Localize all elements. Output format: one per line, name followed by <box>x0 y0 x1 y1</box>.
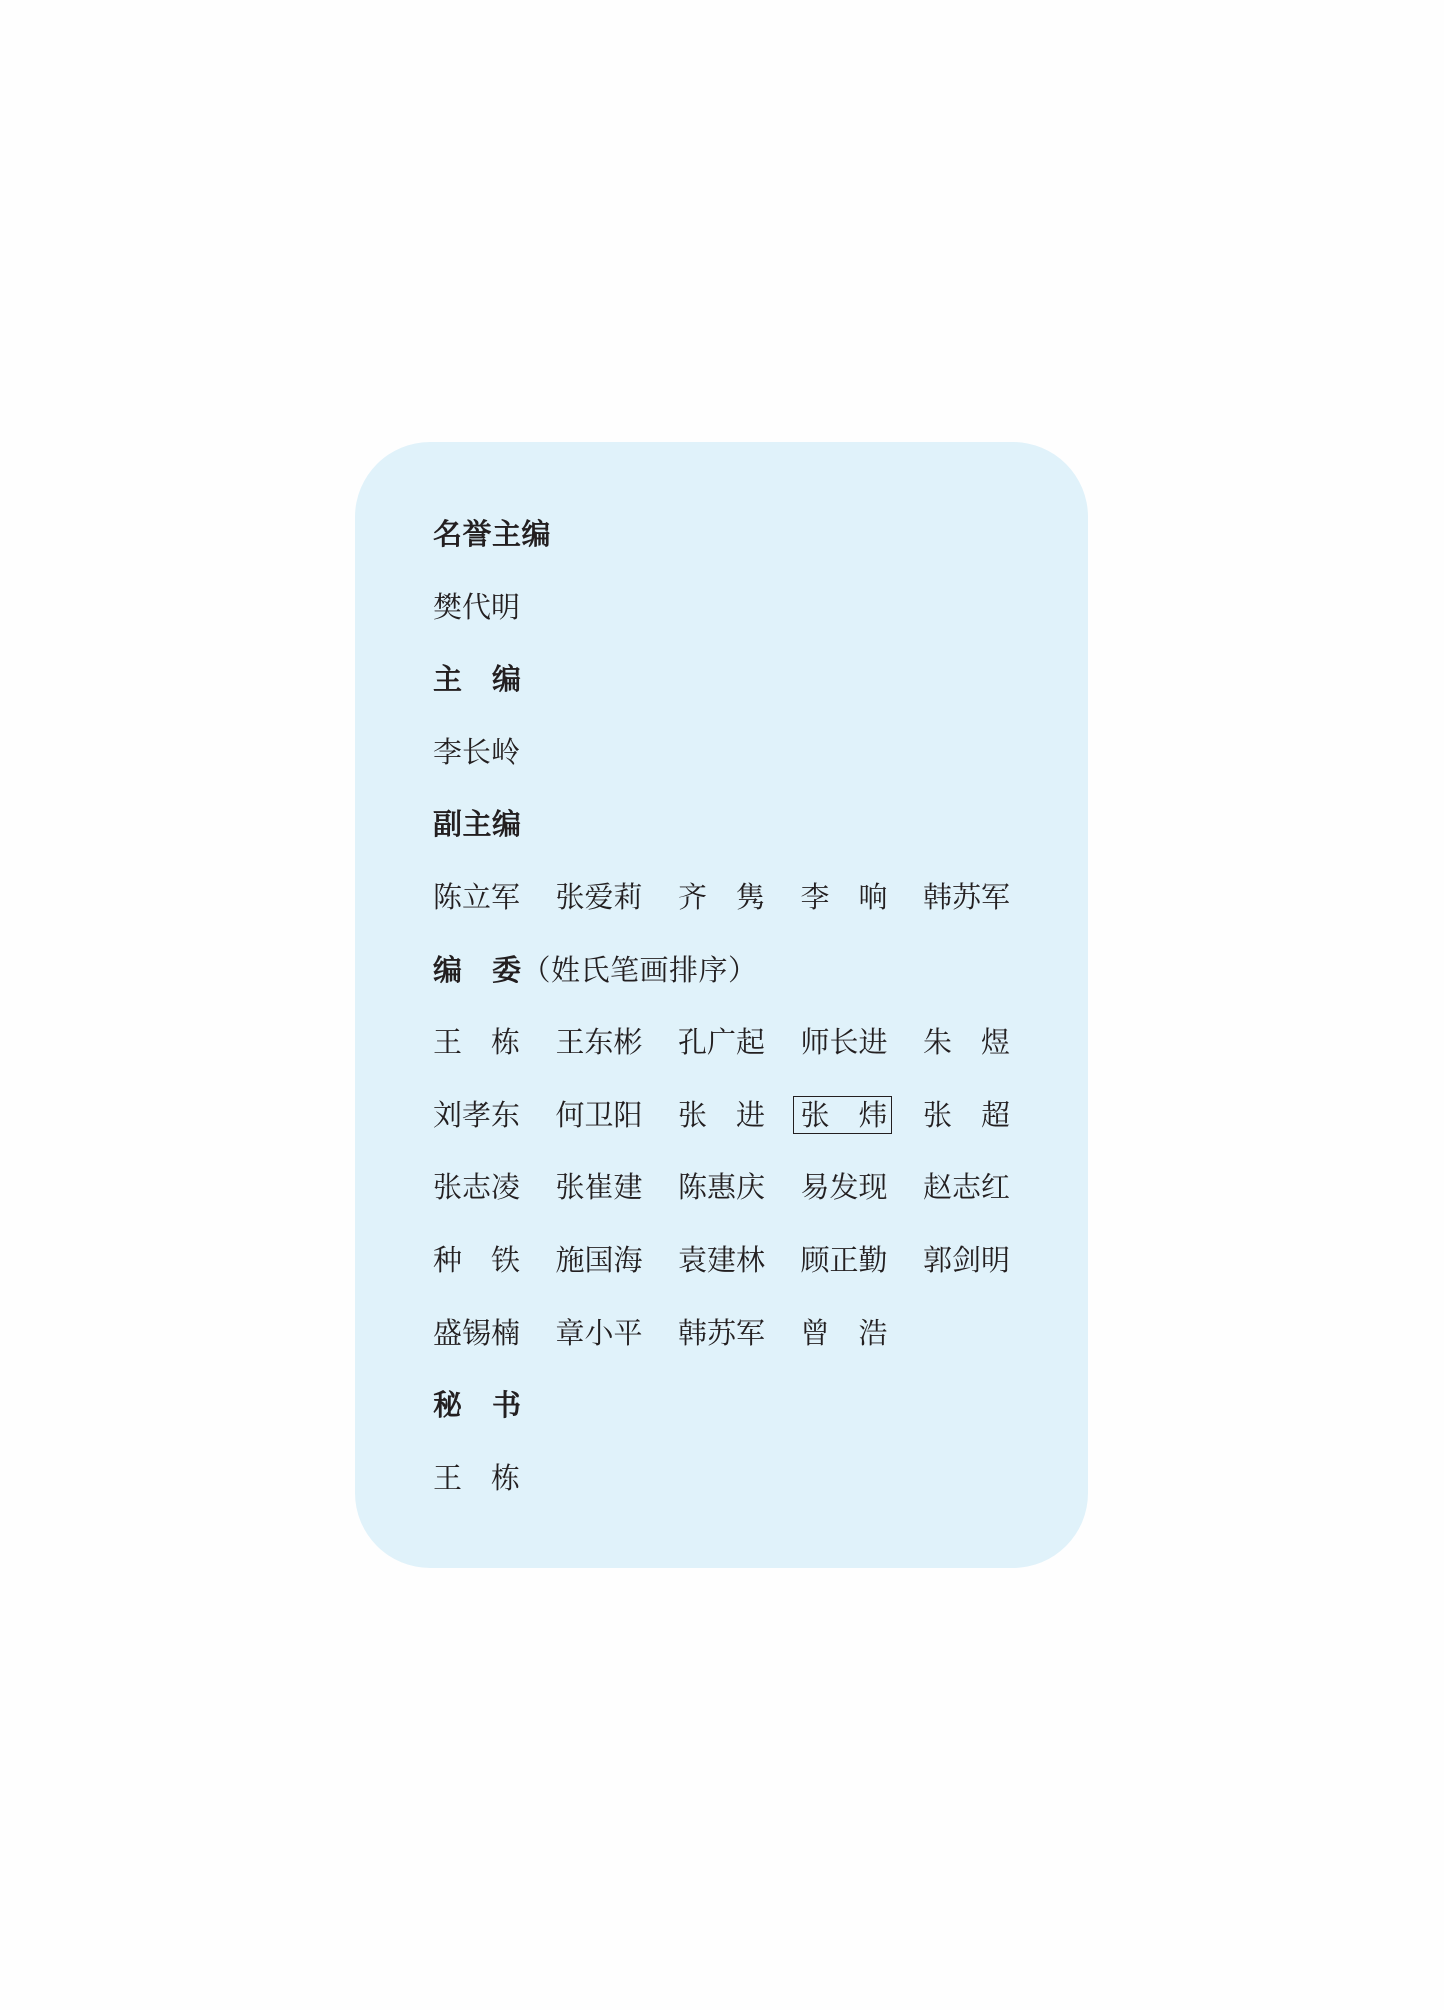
names-row-board-1: 王 栋 王东彬 孔广起 师长进 朱 煜 <box>433 1006 1088 1079</box>
person-name: 曾 浩 <box>801 1297 924 1370</box>
person-name: 易发现 <box>801 1151 924 1224</box>
names-row-editor-in-chief: 李长岭 <box>433 716 1088 789</box>
person-name: 齐 隽 <box>678 861 801 934</box>
person-name: 张志凌 <box>433 1151 556 1224</box>
person-name: 王 栋 <box>433 1442 556 1515</box>
section-heading-deputy-editors: 副主编 <box>433 788 1088 861</box>
person-name: 张 超 <box>923 1079 1046 1152</box>
person-name: 孔广起 <box>678 1006 801 1079</box>
person-name: 种 铁 <box>433 1224 556 1297</box>
person-name: 王东彬 <box>556 1006 679 1079</box>
person-name: 樊代明 <box>433 571 556 644</box>
section-heading-editorial-board: 编 委（姓氏笔画排序） <box>433 934 1088 1007</box>
person-name: 章小平 <box>556 1297 679 1370</box>
names-row-board-4: 种 铁 施国海 袁建林 顾正勤 郭剑明 <box>433 1224 1088 1297</box>
sort-order-note: （姓氏笔画排序） <box>522 934 758 1007</box>
person-name: 张 进 <box>678 1079 801 1152</box>
person-name: 韩苏军 <box>678 1297 801 1370</box>
person-name: 陈惠庆 <box>678 1151 801 1224</box>
editorial-board-card: 名誉主编 樊代明 主 编 李长岭 副主编 陈立军 张爱莉 齐 隽 李 响 韩苏军… <box>355 442 1088 1568</box>
person-name: 盛锡楠 <box>433 1297 556 1370</box>
person-name: 施国海 <box>556 1224 679 1297</box>
heading-text: 主 编 <box>433 643 522 716</box>
person-name: 李 响 <box>801 861 924 934</box>
person-name: 师长进 <box>801 1006 924 1079</box>
person-name: 李长岭 <box>433 716 556 789</box>
names-row-board-3: 张志凌 张崔建 陈惠庆 易发现 赵志红 <box>433 1151 1088 1224</box>
person-name: 袁建林 <box>678 1224 801 1297</box>
person-name: 张爱莉 <box>556 861 679 934</box>
names-row-board-5: 盛锡楠 章小平 韩苏军 曾 浩 <box>433 1297 1088 1370</box>
person-name: 陈立军 <box>433 861 556 934</box>
heading-text: 副主编 <box>433 788 522 861</box>
highlighted-person-name: 张 炜 <box>801 1079 924 1152</box>
person-name: 韩苏军 <box>923 861 1046 934</box>
person-name: 王 栋 <box>433 1006 556 1079</box>
heading-text: 名誉主编 <box>433 498 551 571</box>
person-name: 刘孝东 <box>433 1079 556 1152</box>
person-name: 张崔建 <box>556 1151 679 1224</box>
person-name: 朱 煜 <box>923 1006 1046 1079</box>
person-name: 顾正勤 <box>801 1224 924 1297</box>
section-heading-editor-in-chief: 主 编 <box>433 643 1088 716</box>
names-row-board-2: 刘孝东 何卫阳 张 进 张 炜 张 超 <box>433 1079 1088 1152</box>
heading-text: 秘 书 <box>433 1369 522 1442</box>
person-name: 赵志红 <box>923 1151 1046 1224</box>
names-row-secretary: 王 栋 <box>433 1442 1088 1515</box>
person-name: 郭剑明 <box>923 1224 1046 1297</box>
names-row-honorary-editor: 樊代明 <box>433 571 1088 644</box>
person-name: 何卫阳 <box>556 1079 679 1152</box>
section-heading-secretary: 秘 书 <box>433 1369 1088 1442</box>
section-heading-honorary-editor: 名誉主编 <box>433 498 1088 571</box>
heading-text: 编 委 <box>433 934 522 1007</box>
names-row-deputy-editors: 陈立军 张爱莉 齐 隽 李 响 韩苏军 <box>433 861 1088 934</box>
